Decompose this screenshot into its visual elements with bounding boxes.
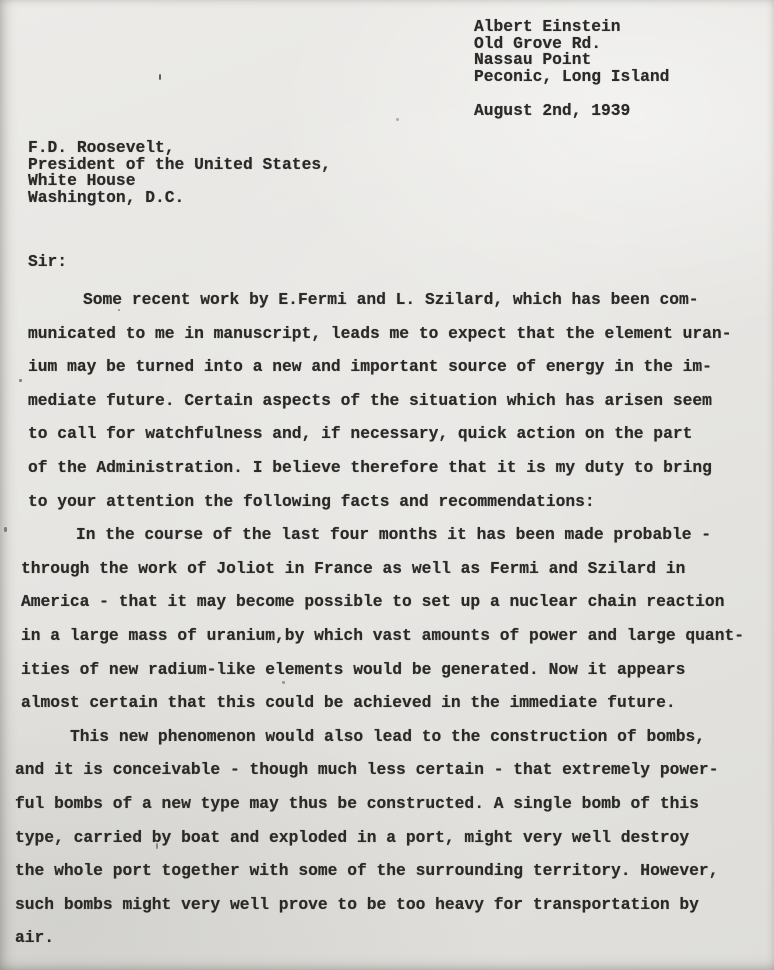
letter-body-line: mediate future. Certain aspects of the s… — [28, 384, 769, 418]
letter-body-line: to call for watchfulness and, if necessa… — [28, 417, 769, 451]
sender-address: Albert EinsteinOld Grove Rd.Nassau Point… — [474, 19, 669, 85]
letter-body-line: type, carried by boat and exploded in a … — [15, 821, 769, 855]
letter-page: { "page": { "paper_color": "#e6e5e2", "i… — [0, 0, 774, 970]
letter-paragraph: In the course of the last four months it… — [21, 518, 769, 720]
letter-body-line: almost certain that this could be achiev… — [21, 686, 769, 720]
paper-speck — [282, 681, 285, 684]
letter-body-line: America - that it may become possible to… — [21, 585, 769, 619]
letter-body-line: ities of new radium-like elements would … — [21, 653, 769, 687]
letter-body-line: and it is conceivable - though much less… — [15, 753, 769, 787]
paper-speck — [118, 309, 120, 311]
salutation: Sir: — [28, 254, 67, 271]
paper-speck — [75, 905, 78, 908]
sender-address-line: Peconic, Long Island — [474, 69, 669, 86]
letter-body-line: ful bombs of a new type may thus be cons… — [15, 787, 769, 821]
paper-speck — [159, 74, 161, 80]
letter-body-line: ium may be turned into a new and importa… — [28, 350, 769, 384]
letter-body-line: This new phenomenon would also lead to t… — [15, 720, 769, 754]
letter-paragraph: This new phenomenon would also lead to t… — [15, 720, 769, 955]
paper-speck — [156, 843, 158, 849]
letter-body-line: to your attention the following facts an… — [28, 485, 769, 519]
paper-speck — [396, 118, 399, 121]
letter-paragraph: Some recent work by E.Fermi and L. Szila… — [28, 283, 769, 518]
letter-body-line: Some recent work by E.Fermi and L. Szila… — [28, 283, 769, 317]
letter-body-line: air. — [15, 921, 769, 955]
letter-body-line: In the course of the last four months it… — [21, 518, 769, 552]
letter-body-line: the whole port together with some of the… — [15, 854, 769, 888]
letter-body-line: such bombs might very well prove to be t… — [15, 888, 769, 922]
letter-body: Some recent work by E.Fermi and L. Szila… — [24, 283, 769, 955]
recipient-address: F.D. Roosevelt,President of the United S… — [28, 140, 331, 206]
recipient-address-line: Washington, D.C. — [28, 190, 331, 207]
paper-speck — [4, 527, 7, 532]
paper-speck — [19, 379, 22, 382]
letter-date: August 2nd, 1939 — [474, 103, 630, 120]
letter-body-line: municated to me in manuscript, leads me … — [28, 317, 769, 351]
letter-body-line: of the Administration. I believe therefo… — [28, 451, 769, 485]
letter-body-line: in a large mass of uranium,by which vast… — [21, 619, 769, 653]
letter-body-line: through the work of Joliot in France as … — [21, 552, 769, 586]
